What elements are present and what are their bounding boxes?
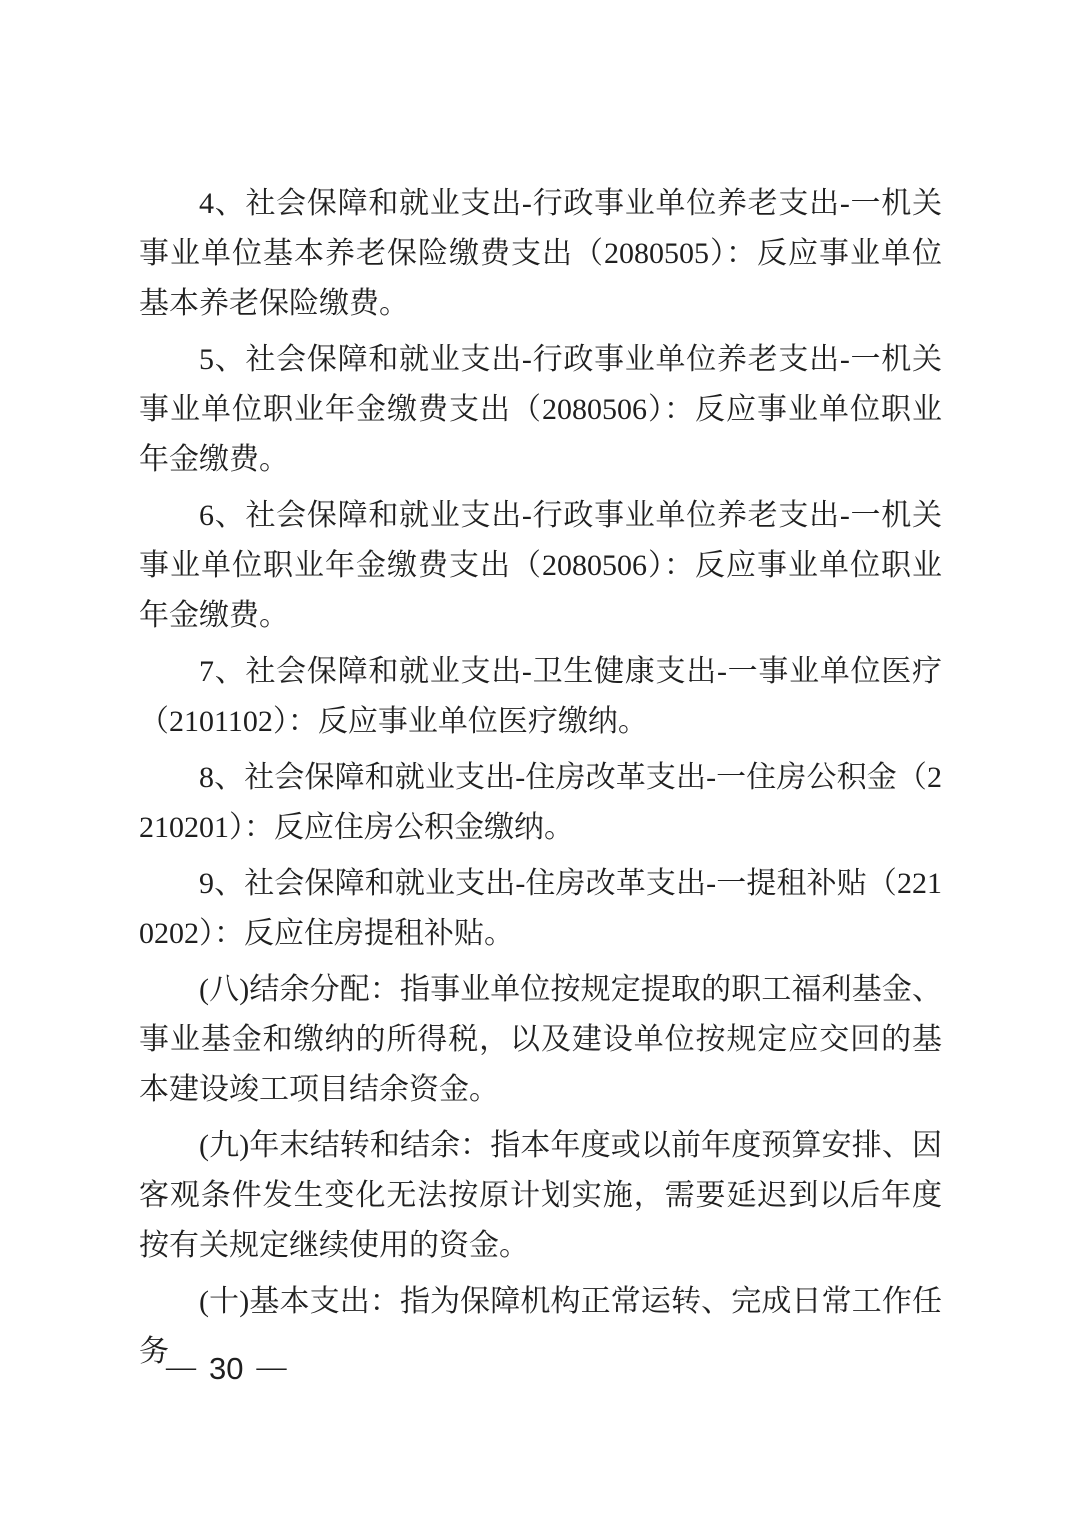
page-number-dash-left: — <box>166 1347 196 1387</box>
paragraph: 5、社会保障和就业支出-行政事业单位养老支出-一机关事业单位职业年金缴费支出（2… <box>139 335 942 485</box>
paragraph: 8、社会保障和就业支出-住房改革支出-一住房公积金（2210201）：反应住房公… <box>139 753 942 853</box>
page-number: 30 <box>209 1349 243 1389</box>
paragraph: 9、社会保障和就业支出-住房改革支出-一提租补贴（2210202）：反应住房提租… <box>139 859 942 959</box>
document-body: 4、社会保障和就业支出-行政事业单位养老支出-一机关事业单位基本养老保险缴费支出… <box>139 179 942 1383</box>
page-footer: — 30 — <box>166 1349 286 1389</box>
document-page: 4、社会保障和就业支出-行政事业单位养老支出-一机关事业单位基本养老保险缴费支出… <box>0 0 1074 1520</box>
paragraph: 7、社会保障和就业支出-卫生健康支出-一事业单位医疗（2101102）：反应事业… <box>139 647 942 747</box>
paragraph: (八)结余分配：指事业单位按规定提取的职工福利基金、事业基金和缴纳的所得税，以及… <box>139 965 942 1115</box>
paragraph: 6、社会保障和就业支出-行政事业单位养老支出-一机关事业单位职业年金缴费支出（2… <box>139 491 942 641</box>
paragraph: (九)年末结转和结余：指本年度或以前年度预算安排、因客观条件发生变化无法按原计划… <box>139 1121 942 1271</box>
paragraph: 4、社会保障和就业支出-行政事业单位养老支出-一机关事业单位基本养老保险缴费支出… <box>139 179 942 329</box>
page-number-dash-right: — <box>256 1347 286 1387</box>
